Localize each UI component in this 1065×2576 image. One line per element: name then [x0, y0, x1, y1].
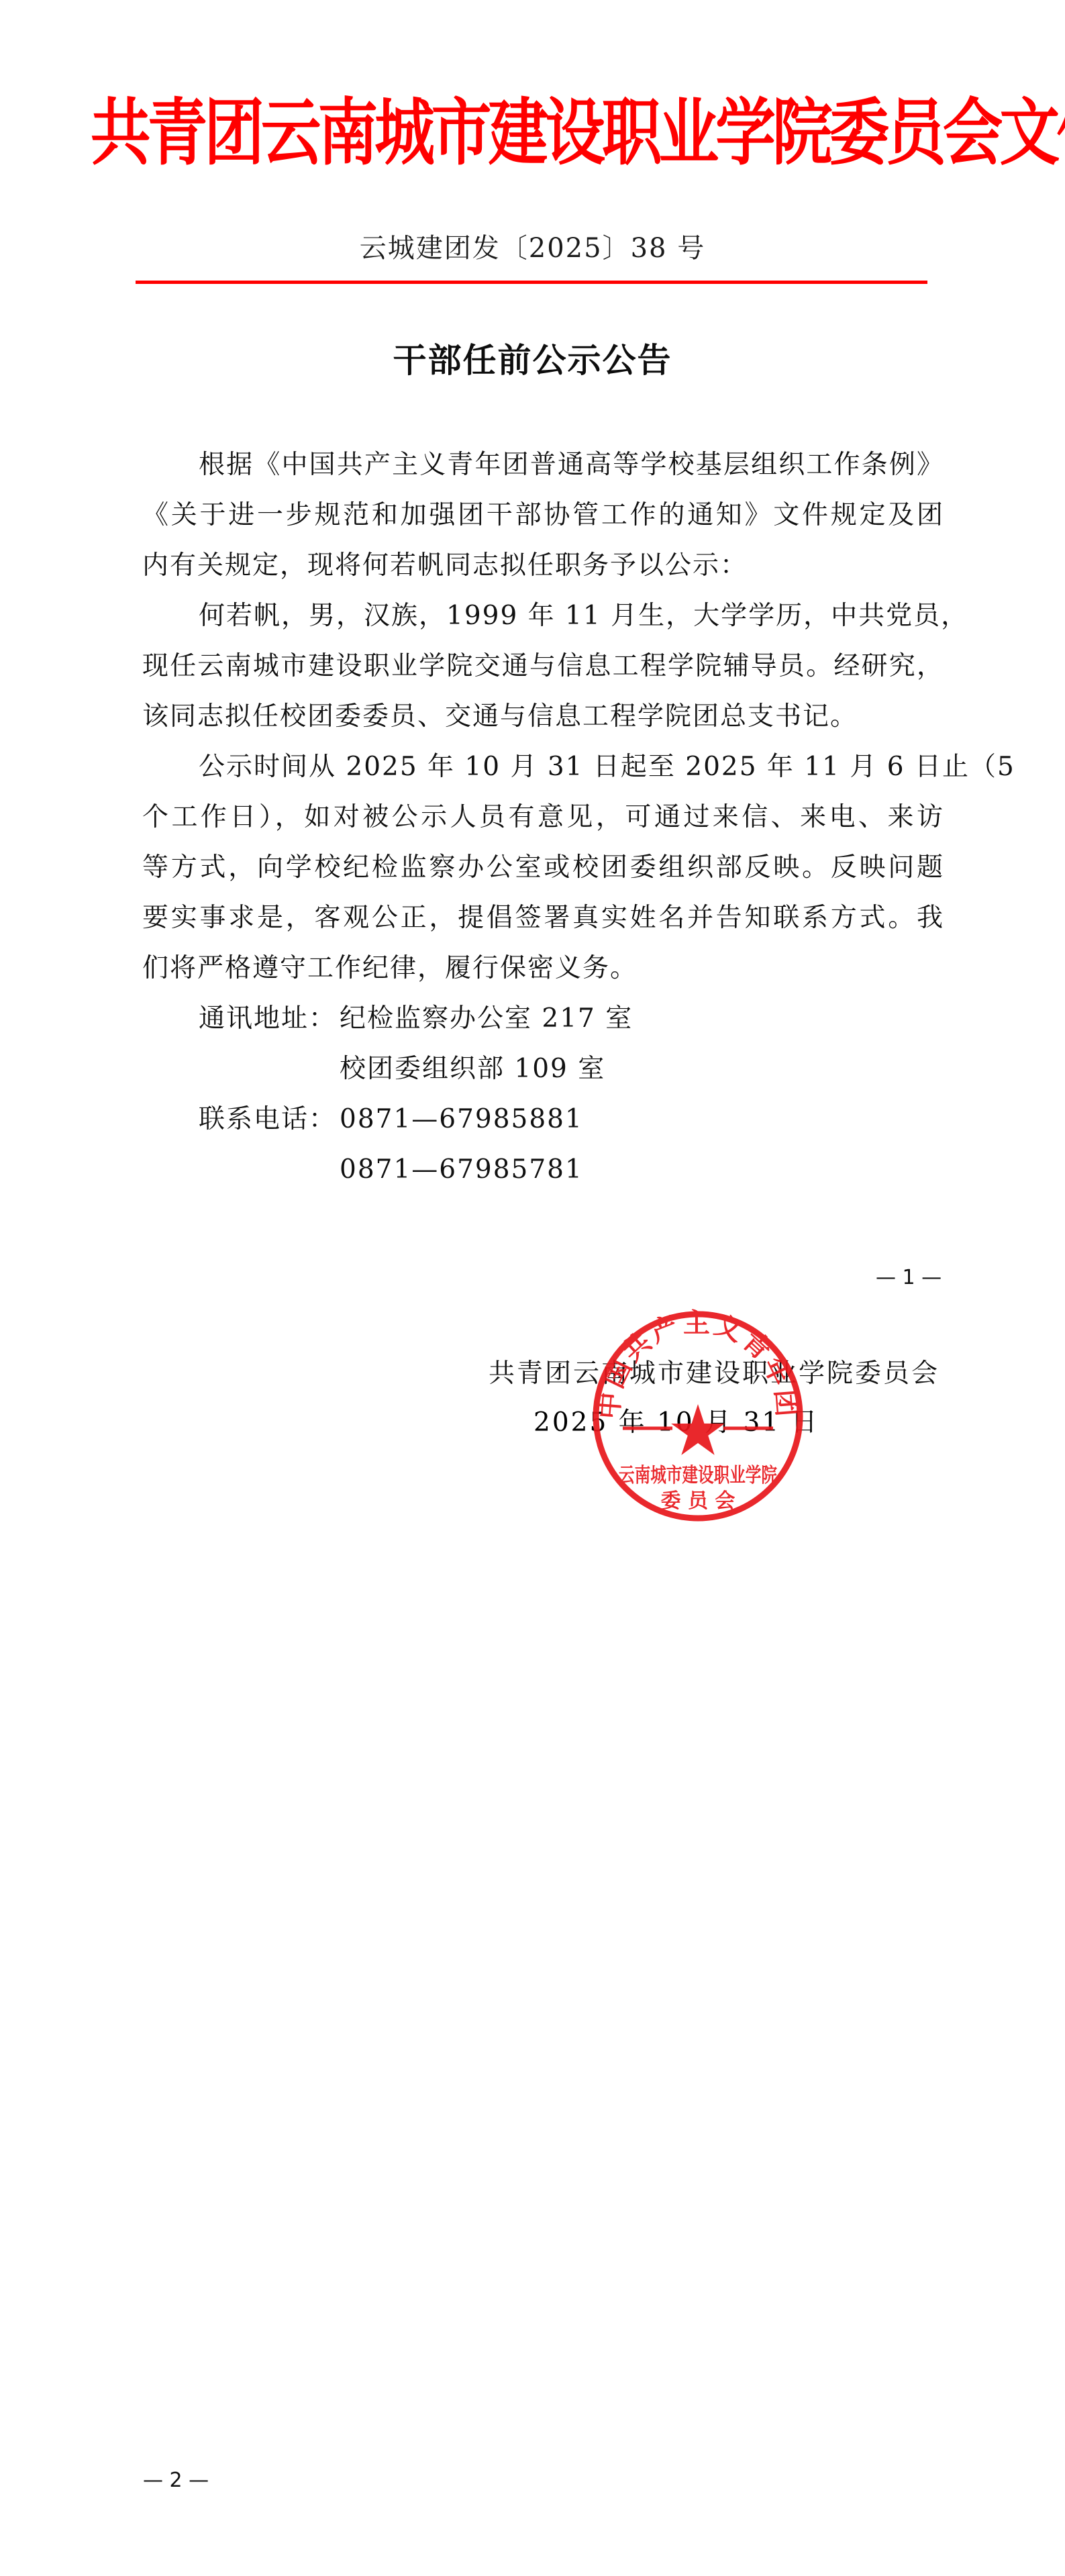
- contact-info: 通讯地址： 纪检监察办公室 217 室 校团委组织部 109 室 联系电话： 0…: [142, 993, 944, 1195]
- red-divider-rule: [136, 281, 927, 284]
- page-number: — 2 —: [143, 2467, 209, 2494]
- paragraph-publicity-period: 公示时间从 2025 年 10 月 31 日起至 2025 年 11 月 6 日…: [142, 742, 944, 993]
- phone-value: 0871—67985881: [340, 1094, 583, 1144]
- text-line: 根据《中国共产主义青年团普通高等学校基层组织工作条例》: [142, 440, 944, 490]
- address-label: 通讯地址：: [199, 993, 336, 1044]
- address-row: 校团委组织部 109 室: [142, 1044, 944, 1094]
- text-line: 何若帆，男，汉族，1999 年 11 月生，大学学历，中共党员，: [142, 591, 944, 641]
- document-body: 根据《中国共产主义青年团普通高等学校基层组织工作条例》 《关于进一步规范和加强团…: [142, 440, 944, 1195]
- text-line: 公示时间从 2025 年 10 月 31 日起至 2025 年 11 月 6 日…: [142, 742, 944, 792]
- paragraph-legal-basis: 根据《中国共产主义青年团普通高等学校基层组织工作条例》 《关于进一步规范和加强团…: [142, 440, 944, 591]
- text-line: 等方式，向学校纪检监察办公室或校团委组织部反映。反映问题: [142, 842, 944, 893]
- text-line: 内有关规定，现将何若帆同志拟任职务予以公示：: [142, 540, 944, 591]
- text-line: 现任云南城市建设职业学院交通与信息工程学院辅导员。经研究，: [142, 641, 944, 691]
- star-icon: [671, 1404, 725, 1455]
- document-title: 干部任前公示公告: [0, 339, 1065, 382]
- address-row: 通讯地址： 纪检监察办公室 217 室: [142, 993, 944, 1044]
- document-masthead: 共青团云南城市建设职业学院委员会文件: [91, 86, 974, 180]
- document-number: 云城建团发〔2025〕38 号: [0, 232, 1065, 265]
- phone-label: 联系电话：: [199, 1094, 336, 1144]
- paragraph-candidate-info: 何若帆，男，汉族，1999 年 11 月生，大学学历，中共党员， 现任云南城市建…: [142, 591, 944, 742]
- seal-arc-text: 中国共产主义青年团: [594, 1309, 802, 1420]
- address-value: 校团委组织部 109 室: [340, 1044, 605, 1094]
- seal-line-1: 云南城市建设职业学院: [619, 1464, 777, 1487]
- phone-value: 0871—67985781: [340, 1144, 583, 1195]
- phone-row: 联系电话： 0871—67985881: [142, 1094, 944, 1144]
- text-line: 要实事求是，客观公正，提倡签署真实姓名并告知联系方式。我: [142, 893, 944, 943]
- svg-text:中国共产主义青年团: 中国共产主义青年团: [594, 1309, 802, 1420]
- text-line: 《关于进一步规范和加强团干部协管工作的通知》文件规定及团: [142, 490, 944, 540]
- text-line: 个工作日），如对被公示人员有意见，可通过来信、来电、来访: [142, 792, 944, 842]
- page-number: — 1 —: [876, 1265, 942, 1291]
- text-line: 该同志拟任校团委委员、交通与信息工程学院团总支书记。: [142, 691, 944, 742]
- address-value: 纪检监察办公室 217 室: [340, 993, 633, 1044]
- phone-row: 0871—67985781: [142, 1144, 944, 1195]
- seal-line-2: 委 员 会: [661, 1489, 736, 1513]
- text-line: 们将严格遵守工作纪律，履行保密义务。: [142, 943, 944, 993]
- official-seal: 中国共产主义青年团 云南城市建设职业学院 委 员 会: [591, 1309, 805, 1524]
